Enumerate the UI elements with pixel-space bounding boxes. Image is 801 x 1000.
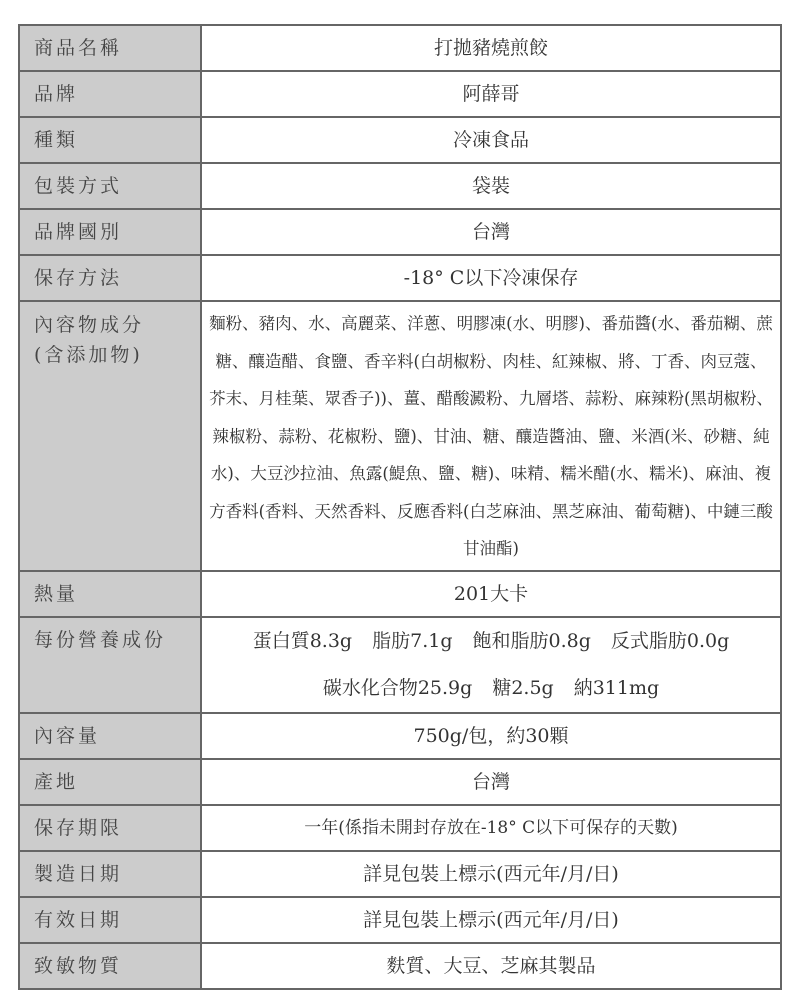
table-row-shelf-life: 保存期限 一年(係指未開封存放在-18° C以下可保存的天數) xyxy=(19,805,781,851)
label-storage-method: 保存方法 xyxy=(19,255,201,301)
label-nutrition: 每份營養成份 xyxy=(19,617,201,713)
value-net-content: 750g/包，約30顆 xyxy=(201,713,781,759)
label-product-name: 商品名稱 xyxy=(19,25,201,71)
value-calories: 201大卡 xyxy=(201,571,781,617)
label-ingredients-line1: 內容物成分 xyxy=(34,310,200,340)
label-net-content: 內容量 xyxy=(19,713,201,759)
table-row-brand-country: 品牌國別 台灣 xyxy=(19,209,781,255)
nutrition-protein: 蛋白質8.3g xyxy=(253,630,352,652)
label-origin: 產地 xyxy=(19,759,201,805)
value-nutrition: 蛋白質8.3g脂肪7.1g飽和脂肪0.8g反式脂肪0.0g 碳水化合物25.9g… xyxy=(201,617,781,713)
label-shelf-life: 保存期限 xyxy=(19,805,201,851)
table-row-calories: 熱量 201大卡 xyxy=(19,571,781,617)
table-row-origin: 產地 台灣 xyxy=(19,759,781,805)
table-row-expiry-date: 有效日期 詳見包裝上標示(西元年/月/日) xyxy=(19,897,781,943)
nutrition-line-1: 蛋白質8.3g脂肪7.1g飽和脂肪0.8g反式脂肪0.0g xyxy=(202,618,780,665)
nutrition-fat: 脂肪7.1g xyxy=(372,630,452,652)
value-brand-country: 台灣 xyxy=(201,209,781,255)
label-expiry-date: 有效日期 xyxy=(19,897,201,943)
table-row-product-name: 商品名稱 打拋豬燒煎餃 xyxy=(19,25,781,71)
table-row-category: 種類 冷凍食品 xyxy=(19,117,781,163)
value-origin: 台灣 xyxy=(201,759,781,805)
value-packaging: 袋裝 xyxy=(201,163,781,209)
label-ingredients-line2: (含添加物) xyxy=(34,340,200,370)
table-row-brand: 品牌 阿薛哥 xyxy=(19,71,781,117)
value-ingredients: 麵粉、豬肉、水、高麗菜、洋蔥、明膠凍(水、明膠)、番茄醬(水、番茄糊、蔗糖、釀造… xyxy=(201,301,781,571)
nutrition-sodium: 納311mg xyxy=(574,677,659,699)
label-brand-country: 品牌國別 xyxy=(19,209,201,255)
value-allergens: 麩質、大豆、芝麻其製品 xyxy=(201,943,781,989)
nutrition-line-2: 碳水化合物25.9g糖2.5g納311mg xyxy=(202,665,780,712)
table-row-manufacture-date: 製造日期 詳見包裝上標示(西元年/月/日) xyxy=(19,851,781,897)
label-ingredients: 內容物成分 (含添加物) xyxy=(19,301,201,571)
value-product-name: 打拋豬燒煎餃 xyxy=(201,25,781,71)
nutrition-trans-fat: 反式脂肪0.0g xyxy=(611,630,729,652)
label-packaging: 包裝方式 xyxy=(19,163,201,209)
value-shelf-life: 一年(係指未開封存放在-18° C以下可保存的天數) xyxy=(201,805,781,851)
value-storage-method: -18° C以下冷凍保存 xyxy=(201,255,781,301)
table-row-net-content: 內容量 750g/包，約30顆 xyxy=(19,713,781,759)
table-row-packaging: 包裝方式 袋裝 xyxy=(19,163,781,209)
product-spec-table: 商品名稱 打拋豬燒煎餃 品牌 阿薛哥 種類 冷凍食品 包裝方式 袋裝 品牌國別 … xyxy=(18,24,782,990)
nutrition-sugar: 糖2.5g xyxy=(492,677,553,699)
value-brand: 阿薛哥 xyxy=(201,71,781,117)
label-manufacture-date: 製造日期 xyxy=(19,851,201,897)
nutrition-saturated-fat: 飽和脂肪0.8g xyxy=(473,630,591,652)
value-category: 冷凍食品 xyxy=(201,117,781,163)
table-row-ingredients: 內容物成分 (含添加物) 麵粉、豬肉、水、高麗菜、洋蔥、明膠凍(水、明膠)、番茄… xyxy=(19,301,781,571)
label-allergens: 致敏物質 xyxy=(19,943,201,989)
value-expiry-date: 詳見包裝上標示(西元年/月/日) xyxy=(201,897,781,943)
table-row-nutrition: 每份營養成份 蛋白質8.3g脂肪7.1g飽和脂肪0.8g反式脂肪0.0g 碳水化… xyxy=(19,617,781,713)
table-row-storage-method: 保存方法 -18° C以下冷凍保存 xyxy=(19,255,781,301)
nutrition-carbohydrate: 碳水化合物25.9g xyxy=(323,677,472,699)
label-calories: 熱量 xyxy=(19,571,201,617)
value-manufacture-date: 詳見包裝上標示(西元年/月/日) xyxy=(201,851,781,897)
label-category: 種類 xyxy=(19,117,201,163)
table-row-allergens: 致敏物質 麩質、大豆、芝麻其製品 xyxy=(19,943,781,989)
label-brand: 品牌 xyxy=(19,71,201,117)
